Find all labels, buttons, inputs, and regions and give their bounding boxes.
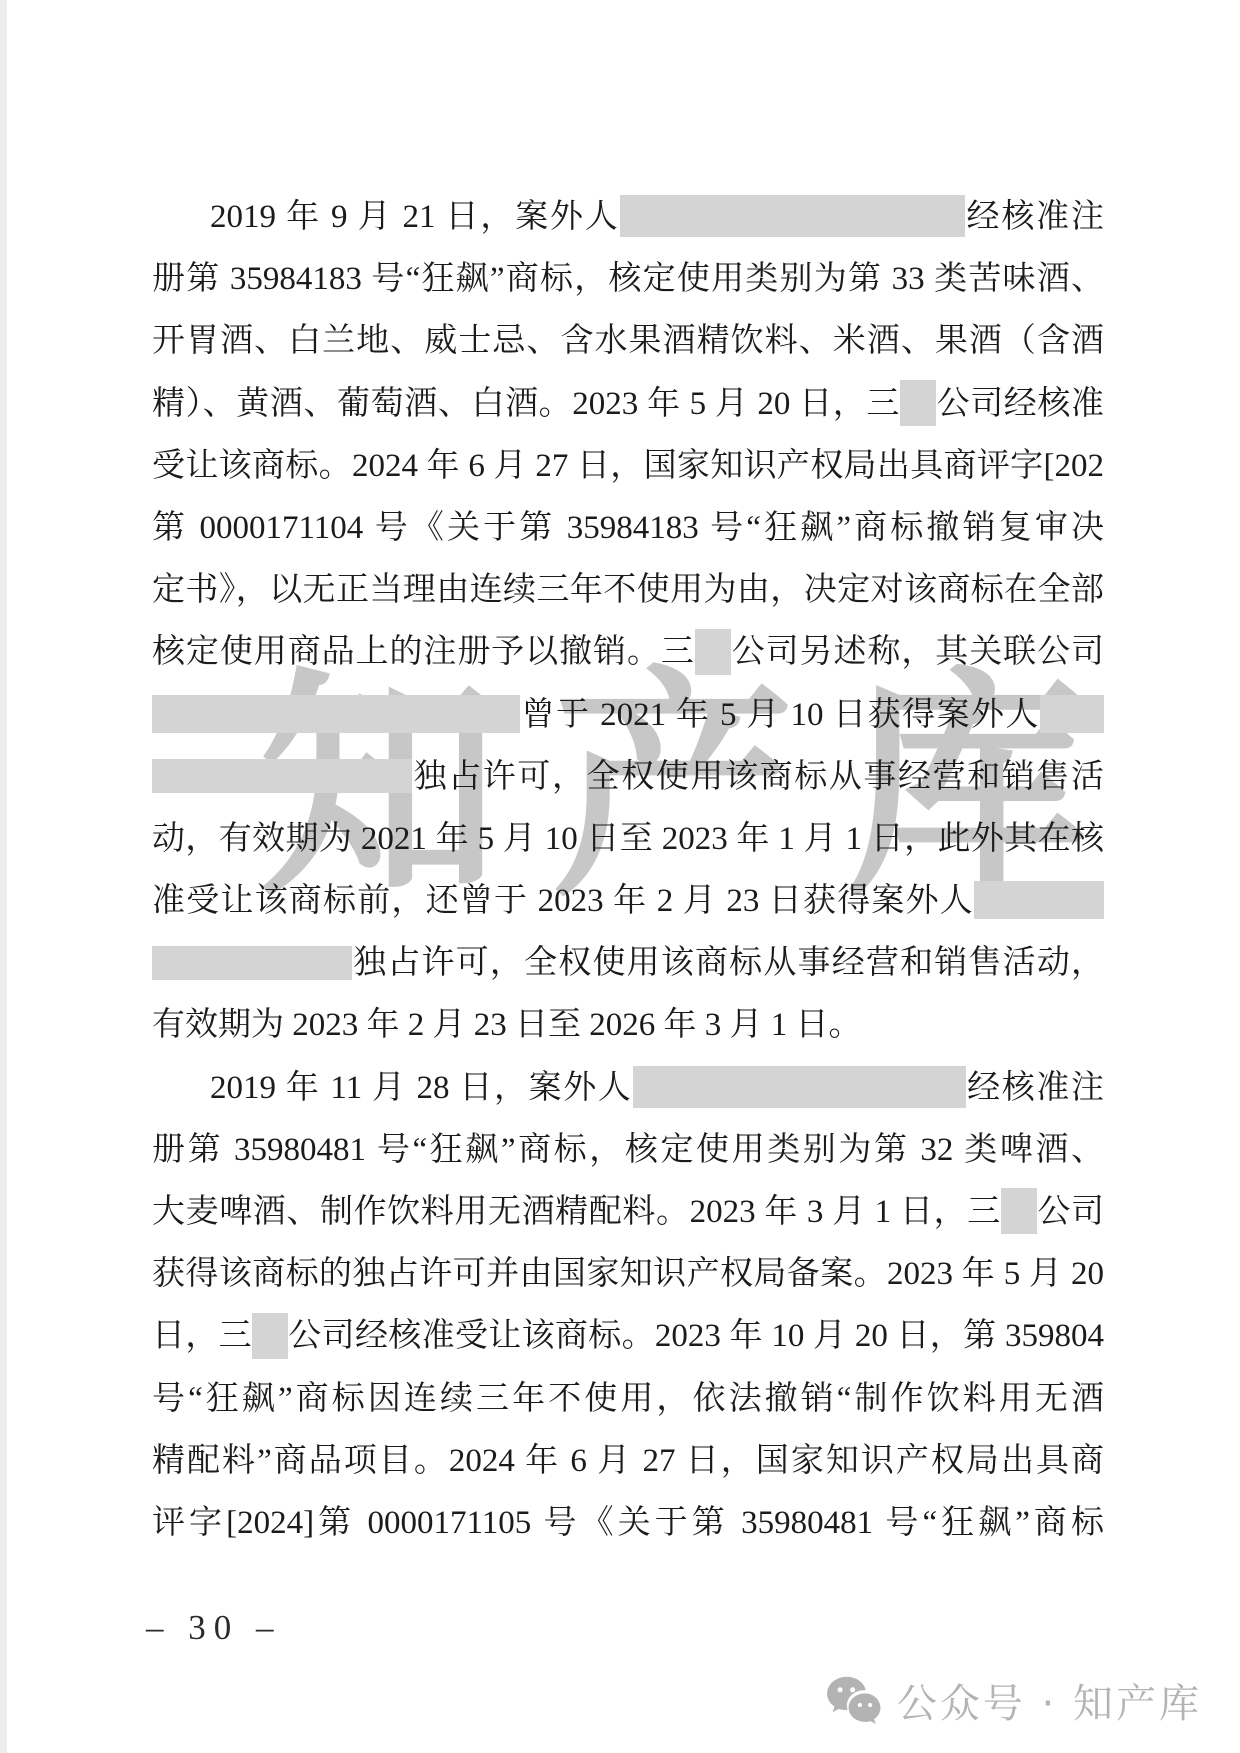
text-line: 号“狂飙”商标因连续三年不使用，依法撤销“制作饮料用无酒 — [152, 1368, 1104, 1430]
text-segment: 曾于 2021 年 5 月 10 日获得案外人 — [520, 697, 1040, 733]
text-line: 册第 35980481 号“狂飙”商标，核定使用类别为第 32 类啤酒、 — [152, 1119, 1104, 1181]
text-line: 精）、黄酒、葡萄酒、白酒。2023 年 5 月 20 日，三公司经核准 — [152, 373, 1104, 435]
text-line: 日，三公司经核准受让该商标。2023 年 10 月 20 日，第 3598048… — [152, 1305, 1104, 1367]
text-line: 曾于 2021 年 5 月 10 日获得案外人 — [152, 684, 1104, 746]
redaction-box — [974, 881, 1104, 919]
text-segment: 开胃酒、白兰地、威士忌、含水果酒精饮料、米酒、果酒（含酒 — [152, 323, 1104, 359]
text-segment: 册第 35980481 号“狂飙”商标，核定使用类别为第 32 类啤酒、 — [152, 1132, 1104, 1168]
text-line: 独占许可，全权使用该商标从事经营和销售活 — [152, 746, 1104, 808]
text-line: 册第 35984183 号“狂飙”商标，核定使用类别为第 33 类苦味酒、 — [152, 248, 1104, 310]
text-segment: 2019 年 9 月 21 日，案外人 — [210, 199, 620, 235]
footer-brand: 公众号 · 知产库 — [825, 1672, 1202, 1729]
text-line: 2019 年 9 月 21 日，案外人经核准注 — [152, 186, 1104, 248]
text-segment: 精配料”商品项目。2024 年 6 月 27 日，国家知识产权局出具商 — [152, 1443, 1104, 1479]
text-line: 独占许可，全权使用该商标从事经营和销售活动， — [152, 932, 1104, 994]
redaction-box — [1001, 1188, 1037, 1234]
text-line: 核定使用商品上的注册予以撤销。三公司另述称，其关联公司 — [152, 621, 1104, 683]
text-segment: 公司经核准受让该商标。2023 年 10 月 20 日，第 35980481 — [152, 1318, 1104, 1367]
text-segment: 2019 年 11 月 28 日，案外人 — [210, 1070, 633, 1106]
redaction-box — [1040, 695, 1104, 733]
document-body: 2019 年 9 月 21 日，案外人经核准注册第 35984183 号“狂飙”… — [152, 186, 1104, 1554]
text-line: 动，有效期为 2021 年 5 月 10 日至 2023 年 1 月 1 日，此… — [152, 808, 1104, 870]
text-segment: 获得该商标的独占许可并由国家知识产权局备案。2023 年 5 月 20 — [152, 1256, 1104, 1292]
document-page: 知产库 2019 年 9 月 21 日，案外人经核准注册第 35984183 号… — [0, 0, 1240, 1753]
redaction-box — [152, 695, 520, 733]
redaction-box — [252, 1313, 288, 1359]
text-segment: 独占许可，全权使用该商标从事经营和销售活动， — [352, 945, 1104, 981]
text-line: 获得该商标的独占许可并由国家知识产权局备案。2023 年 5 月 20 — [152, 1243, 1104, 1305]
text-line: 有效期为 2023 年 2 月 23 日至 2026 年 3 月 1 日。 — [152, 994, 1104, 1056]
text-segment: 有效期为 2023 年 2 月 23 日至 2026 年 3 月 1 日。 — [152, 1007, 862, 1043]
text-line: 大麦啤酒、制作饮料用无酒精配料。2023 年 3 月 1 日，三公司 — [152, 1181, 1104, 1243]
text-segment: 受让该商标。2024 年 6 月 27 日，国家知识产权局出具商评字[2024] — [152, 448, 1104, 497]
redaction-box — [152, 759, 412, 793]
redaction-box — [695, 629, 731, 675]
redaction-box — [152, 946, 352, 980]
footer-brand-text: 公众号 · 知产库 — [897, 1672, 1202, 1729]
text-segment: 精）、黄酒、葡萄酒、白酒。2023 年 5 月 20 日，三 — [152, 386, 900, 422]
text-line: 开胃酒、白兰地、威士忌、含水果酒精饮料、米酒、果酒（含酒 — [152, 310, 1104, 372]
page-number: – 30 – — [146, 1608, 282, 1648]
text-line: 精配料”商品项目。2024 年 6 月 27 日，国家知识产权局出具商 — [152, 1430, 1104, 1492]
text-segment: 定书》，以无正当理由连续三年不使用为由，决定对该商标在全部 — [152, 572, 1104, 608]
text-segment: 第 0000171104 号《关于第 35984183 号“狂飙”商标撤销复审决 — [152, 510, 1104, 546]
text-line: 定书》，以无正当理由连续三年不使用为由，决定对该商标在全部 — [152, 559, 1104, 621]
redaction-box — [900, 380, 936, 426]
redaction-box — [620, 195, 965, 237]
scan-edge-artifact — [0, 0, 7, 1753]
text-segment: 号“狂飙”商标因连续三年不使用，依法撤销“制作饮料用无酒 — [152, 1381, 1104, 1417]
text-segment: 经核准注 — [965, 199, 1104, 235]
redaction-box — [633, 1066, 966, 1108]
text-line: 准受让该商标前，还曾于 2023 年 2 月 23 日获得案外人 — [152, 870, 1104, 932]
text-segment: 册第 35984183 号“狂飙”商标，核定使用类别为第 33 类苦味酒、 — [152, 261, 1104, 297]
wechat-icon — [825, 1675, 883, 1727]
text-line: 受让该商标。2024 年 6 月 27 日，国家知识产权局出具商评字[2024] — [152, 435, 1104, 497]
text-segment: 准受让该商标前，还曾于 2023 年 2 月 23 日获得案外人 — [152, 883, 974, 919]
text-segment: 公司另述称，其关联公司 — [731, 634, 1104, 670]
text-segment: 评字[2024]第 0000171105 号《关于第 35980481 号“狂飙… — [152, 1505, 1104, 1541]
text-line: 第 0000171104 号《关于第 35984183 号“狂飙”商标撤销复审决 — [152, 497, 1104, 559]
text-segment: 公司经核准 — [936, 386, 1104, 422]
text-segment: 公司 — [1037, 1194, 1104, 1230]
text-line: 评字[2024]第 0000171105 号《关于第 35980481 号“狂飙… — [152, 1492, 1104, 1554]
text-segment: 独占许可，全权使用该商标从事经营和销售活 — [412, 759, 1104, 795]
text-segment: 日，三 — [152, 1318, 252, 1354]
text-segment: 大麦啤酒、制作饮料用无酒精配料。2023 年 3 月 1 日，三 — [152, 1194, 1001, 1230]
text-line: 2019 年 11 月 28 日，案外人经核准注 — [152, 1057, 1104, 1119]
text-segment: 核定使用商品上的注册予以撤销。三 — [152, 634, 695, 670]
text-segment: 经核准注 — [966, 1070, 1104, 1106]
text-segment: 动，有效期为 2021 年 5 月 10 日至 2023 年 1 月 1 日，此… — [152, 821, 1104, 857]
